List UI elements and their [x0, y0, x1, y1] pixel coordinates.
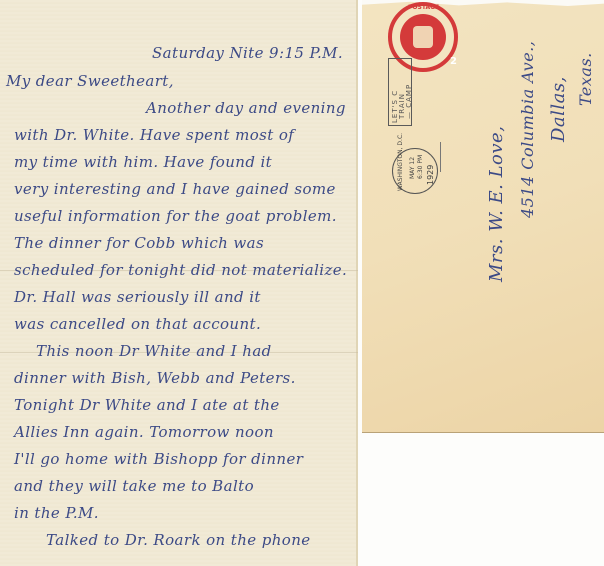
letter-line: The dinner for Cobb which was [14, 234, 264, 252]
slogan-line: — CAMP [405, 84, 413, 119]
address-city: Dallas, [548, 76, 569, 142]
letter-line: I'll go home with Bishopp for dinner [14, 450, 303, 468]
address-name: Mrs. W. E. Love, [486, 126, 507, 282]
letter-line: Saturday Nite 9:15 P.M. [152, 44, 343, 62]
letter-line: Another day and evening [146, 99, 346, 117]
letter-line: Talked to Dr. Roark on the phone [46, 531, 311, 549]
letter-line: Tonight Dr White and I ate at the [14, 396, 280, 414]
address-state: Texas. [576, 52, 595, 106]
postmark-time: 6:30 PM [417, 155, 424, 179]
letter-line: scheduled for tonight did not materializ… [14, 261, 347, 279]
letter-line: and they will take me to Balto [14, 477, 254, 495]
letter-line: with Dr. White. Have spent most of [14, 126, 294, 144]
letter-line: in the P.M. [14, 504, 99, 522]
letter-line: useful information for the goat problem. [14, 207, 337, 225]
stamp-top-text: POSTAGE [408, 4, 439, 11]
postmark-date: MAY 12 [409, 157, 416, 179]
postmark-bar [440, 142, 443, 172]
envelope-torn-edge [362, 0, 604, 6]
letter-line: My dear Sweetheart, [6, 72, 174, 90]
letter-line: Allies Inn again. Tomorrow noon [14, 423, 274, 441]
stamp-portrait-icon [400, 14, 446, 60]
letter-line: my time with him. Have found it [14, 153, 272, 171]
handwritten-letter-page: Saturday Nite 9:15 P.M.My dear Sweethear… [0, 0, 358, 566]
postmark-city: WASHINGTON, D.C. [397, 133, 404, 191]
stamp-denomination: 2 [450, 56, 457, 67]
postmark-year: 1929 [426, 165, 435, 185]
letter-line: dinner with Bish, Webb and Peters. [14, 369, 296, 387]
postmark: WASHINGTON, D.C. MAY 12 6:30 PM 1929 [392, 148, 438, 194]
slogan-cancel: LET'S C TRAIN — CAMP [388, 58, 412, 126]
address-street: 4514 Columbia Ave., [518, 41, 537, 218]
letter-line: Dr. Hall was seriously ill and it [14, 288, 261, 306]
letter-line: was cancelled on that account. [14, 315, 261, 333]
letter-line: very interesting and I have gained some [14, 180, 336, 198]
letter-line: This noon Dr White and I had [36, 342, 272, 360]
